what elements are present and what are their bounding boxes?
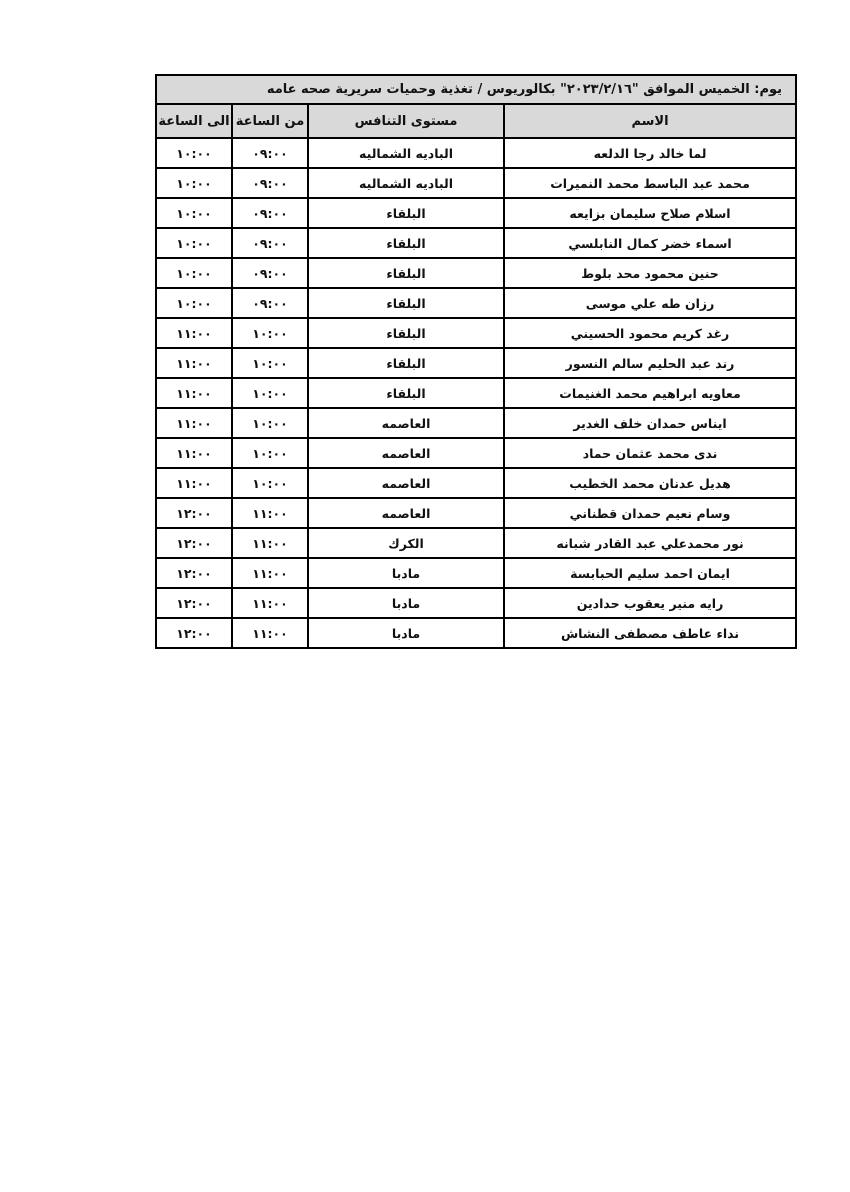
to-time-cell: ١٠:٠٠ — [156, 138, 232, 168]
table-row: نور محمدعلي عبد القادر شبانه الكرك ١١:٠٠… — [156, 528, 796, 558]
name-cell: معاويه ابراهيم محمد الغنيمات — [504, 378, 796, 408]
from-time-cell: ١٠:٠٠ — [232, 408, 308, 438]
to-time-cell: ١٢:٠٠ — [156, 588, 232, 618]
table-row: لما خالد رجا الدلعه الباديه الشماليه ٠٩:… — [156, 138, 796, 168]
level-cell: العاصمه — [308, 438, 504, 468]
to-time-cell: ١٠:٠٠ — [156, 228, 232, 258]
document-title: يوم: الخميس الموافق "٢٠٢٣/٢/١٦" بكالوريو… — [156, 75, 796, 104]
from-time-cell: ٠٩:٠٠ — [232, 228, 308, 258]
document-page: يوم: الخميس الموافق "٢٠٢٣/٢/١٦" بكالوريو… — [0, 0, 850, 1192]
level-cell: مادبا — [308, 558, 504, 588]
level-cell: مادبا — [308, 588, 504, 618]
table-row: ايمان احمد سليم الحبابسة مادبا ١١:٠٠ ١٢:… — [156, 558, 796, 588]
to-time-cell: ١٠:٠٠ — [156, 198, 232, 228]
table-row: رغد كريم محمود الحسيني البلقاء ١٠:٠٠ ١١:… — [156, 318, 796, 348]
to-time-cell: ١٢:٠٠ — [156, 558, 232, 588]
table-row: ندى محمد عثمان حماد العاصمه ١٠:٠٠ ١١:٠٠ — [156, 438, 796, 468]
to-time-cell: ١٢:٠٠ — [156, 498, 232, 528]
from-time-cell: ٠٩:٠٠ — [232, 288, 308, 318]
to-time-cell: ١٠:٠٠ — [156, 168, 232, 198]
table-row: اسماء خضر كمال النابلسي البلقاء ٠٩:٠٠ ١٠… — [156, 228, 796, 258]
level-cell: الكرك — [308, 528, 504, 558]
table-row: حنين محمود محد بلوط البلقاء ٠٩:٠٠ ١٠:٠٠ — [156, 258, 796, 288]
to-time-cell: ١١:٠٠ — [156, 318, 232, 348]
name-cell: رزان طه علي موسى — [504, 288, 796, 318]
name-cell: وسام نعيم حمدان قطناني — [504, 498, 796, 528]
column-header-level: مستوى التنافس — [308, 104, 504, 138]
table-row: معاويه ابراهيم محمد الغنيمات البلقاء ١٠:… — [156, 378, 796, 408]
table-row: ايناس حمدان خلف الغدير العاصمه ١٠:٠٠ ١١:… — [156, 408, 796, 438]
to-time-cell: ١٢:٠٠ — [156, 618, 232, 648]
name-cell: نداء عاطف مصطفى النشاش — [504, 618, 796, 648]
to-time-cell: ١١:٠٠ — [156, 408, 232, 438]
to-time-cell: ١١:٠٠ — [156, 348, 232, 378]
from-time-cell: ٠٩:٠٠ — [232, 168, 308, 198]
name-cell: ندى محمد عثمان حماد — [504, 438, 796, 468]
to-time-cell: ١٢:٠٠ — [156, 528, 232, 558]
level-cell: البلقاء — [308, 228, 504, 258]
from-time-cell: ١٠:٠٠ — [232, 318, 308, 348]
from-time-cell: ١١:٠٠ — [232, 528, 308, 558]
column-header-from: من الساعة — [232, 104, 308, 138]
to-time-cell: ١١:٠٠ — [156, 378, 232, 408]
name-cell: رغد كريم محمود الحسيني — [504, 318, 796, 348]
to-time-cell: ١١:٠٠ — [156, 438, 232, 468]
name-cell: لما خالد رجا الدلعه — [504, 138, 796, 168]
name-cell: هديل عدنان محمد الخطيب — [504, 468, 796, 498]
level-cell: البلقاء — [308, 288, 504, 318]
level-cell: البلقاء — [308, 378, 504, 408]
level-cell: مادبا — [308, 618, 504, 648]
name-cell: اسلام صلاح سليمان بزايعه — [504, 198, 796, 228]
title-row: يوم: الخميس الموافق "٢٠٢٣/٢/١٦" بكالوريو… — [156, 75, 796, 104]
from-time-cell: ١٠:٠٠ — [232, 438, 308, 468]
level-cell: العاصمه — [308, 468, 504, 498]
level-cell: البلقاء — [308, 258, 504, 288]
table-body: لما خالد رجا الدلعه الباديه الشماليه ٠٩:… — [156, 138, 796, 648]
table-row: نداء عاطف مصطفى النشاش مادبا ١١:٠٠ ١٢:٠٠ — [156, 618, 796, 648]
table-row: اسلام صلاح سليمان بزايعه البلقاء ٠٩:٠٠ ١… — [156, 198, 796, 228]
from-time-cell: ٠٩:٠٠ — [232, 258, 308, 288]
level-cell: البلقاء — [308, 198, 504, 228]
from-time-cell: ١١:٠٠ — [232, 588, 308, 618]
level-cell: العاصمه — [308, 498, 504, 528]
from-time-cell: ١١:٠٠ — [232, 618, 308, 648]
level-cell: البلقاء — [308, 348, 504, 378]
table-row: رند عبد الحليم سالم النسور البلقاء ١٠:٠٠… — [156, 348, 796, 378]
level-cell: الباديه الشماليه — [308, 168, 504, 198]
name-cell: حنين محمود محد بلوط — [504, 258, 796, 288]
name-cell: نور محمدعلي عبد القادر شبانه — [504, 528, 796, 558]
level-cell: الباديه الشماليه — [308, 138, 504, 168]
level-cell: البلقاء — [308, 318, 504, 348]
name-cell: ايمان احمد سليم الحبابسة — [504, 558, 796, 588]
from-time-cell: ١٠:٠٠ — [232, 468, 308, 498]
from-time-cell: ١١:٠٠ — [232, 558, 308, 588]
from-time-cell: ١٠:٠٠ — [232, 348, 308, 378]
name-cell: رايه منير يعقوب حدادين — [504, 588, 796, 618]
name-cell: اسماء خضر كمال النابلسي — [504, 228, 796, 258]
from-time-cell: ٠٩:٠٠ — [232, 138, 308, 168]
name-cell: ايناس حمدان خلف الغدير — [504, 408, 796, 438]
from-time-cell: ١٠:٠٠ — [232, 378, 308, 408]
exam-schedule-table: يوم: الخميس الموافق "٢٠٢٣/٢/١٦" بكالوريو… — [155, 74, 797, 649]
name-cell: محمد عبد الباسط محمد النميرات — [504, 168, 796, 198]
column-header-name: الاسم — [504, 104, 796, 138]
table-row: هديل عدنان محمد الخطيب العاصمه ١٠:٠٠ ١١:… — [156, 468, 796, 498]
table-row: رايه منير يعقوب حدادين مادبا ١١:٠٠ ١٢:٠٠ — [156, 588, 796, 618]
to-time-cell: ١٠:٠٠ — [156, 288, 232, 318]
table-row: وسام نعيم حمدان قطناني العاصمه ١١:٠٠ ١٢:… — [156, 498, 796, 528]
column-header-to: الى الساعة — [156, 104, 232, 138]
to-time-cell: ١١:٠٠ — [156, 468, 232, 498]
name-cell: رند عبد الحليم سالم النسور — [504, 348, 796, 378]
column-header-row: الاسم مستوى التنافس من الساعة الى الساعة — [156, 104, 796, 138]
level-cell: العاصمه — [308, 408, 504, 438]
to-time-cell: ١٠:٠٠ — [156, 258, 232, 288]
from-time-cell: ١١:٠٠ — [232, 498, 308, 528]
from-time-cell: ٠٩:٠٠ — [232, 198, 308, 228]
table-row: محمد عبد الباسط محمد النميرات الباديه ال… — [156, 168, 796, 198]
table-row: رزان طه علي موسى البلقاء ٠٩:٠٠ ١٠:٠٠ — [156, 288, 796, 318]
